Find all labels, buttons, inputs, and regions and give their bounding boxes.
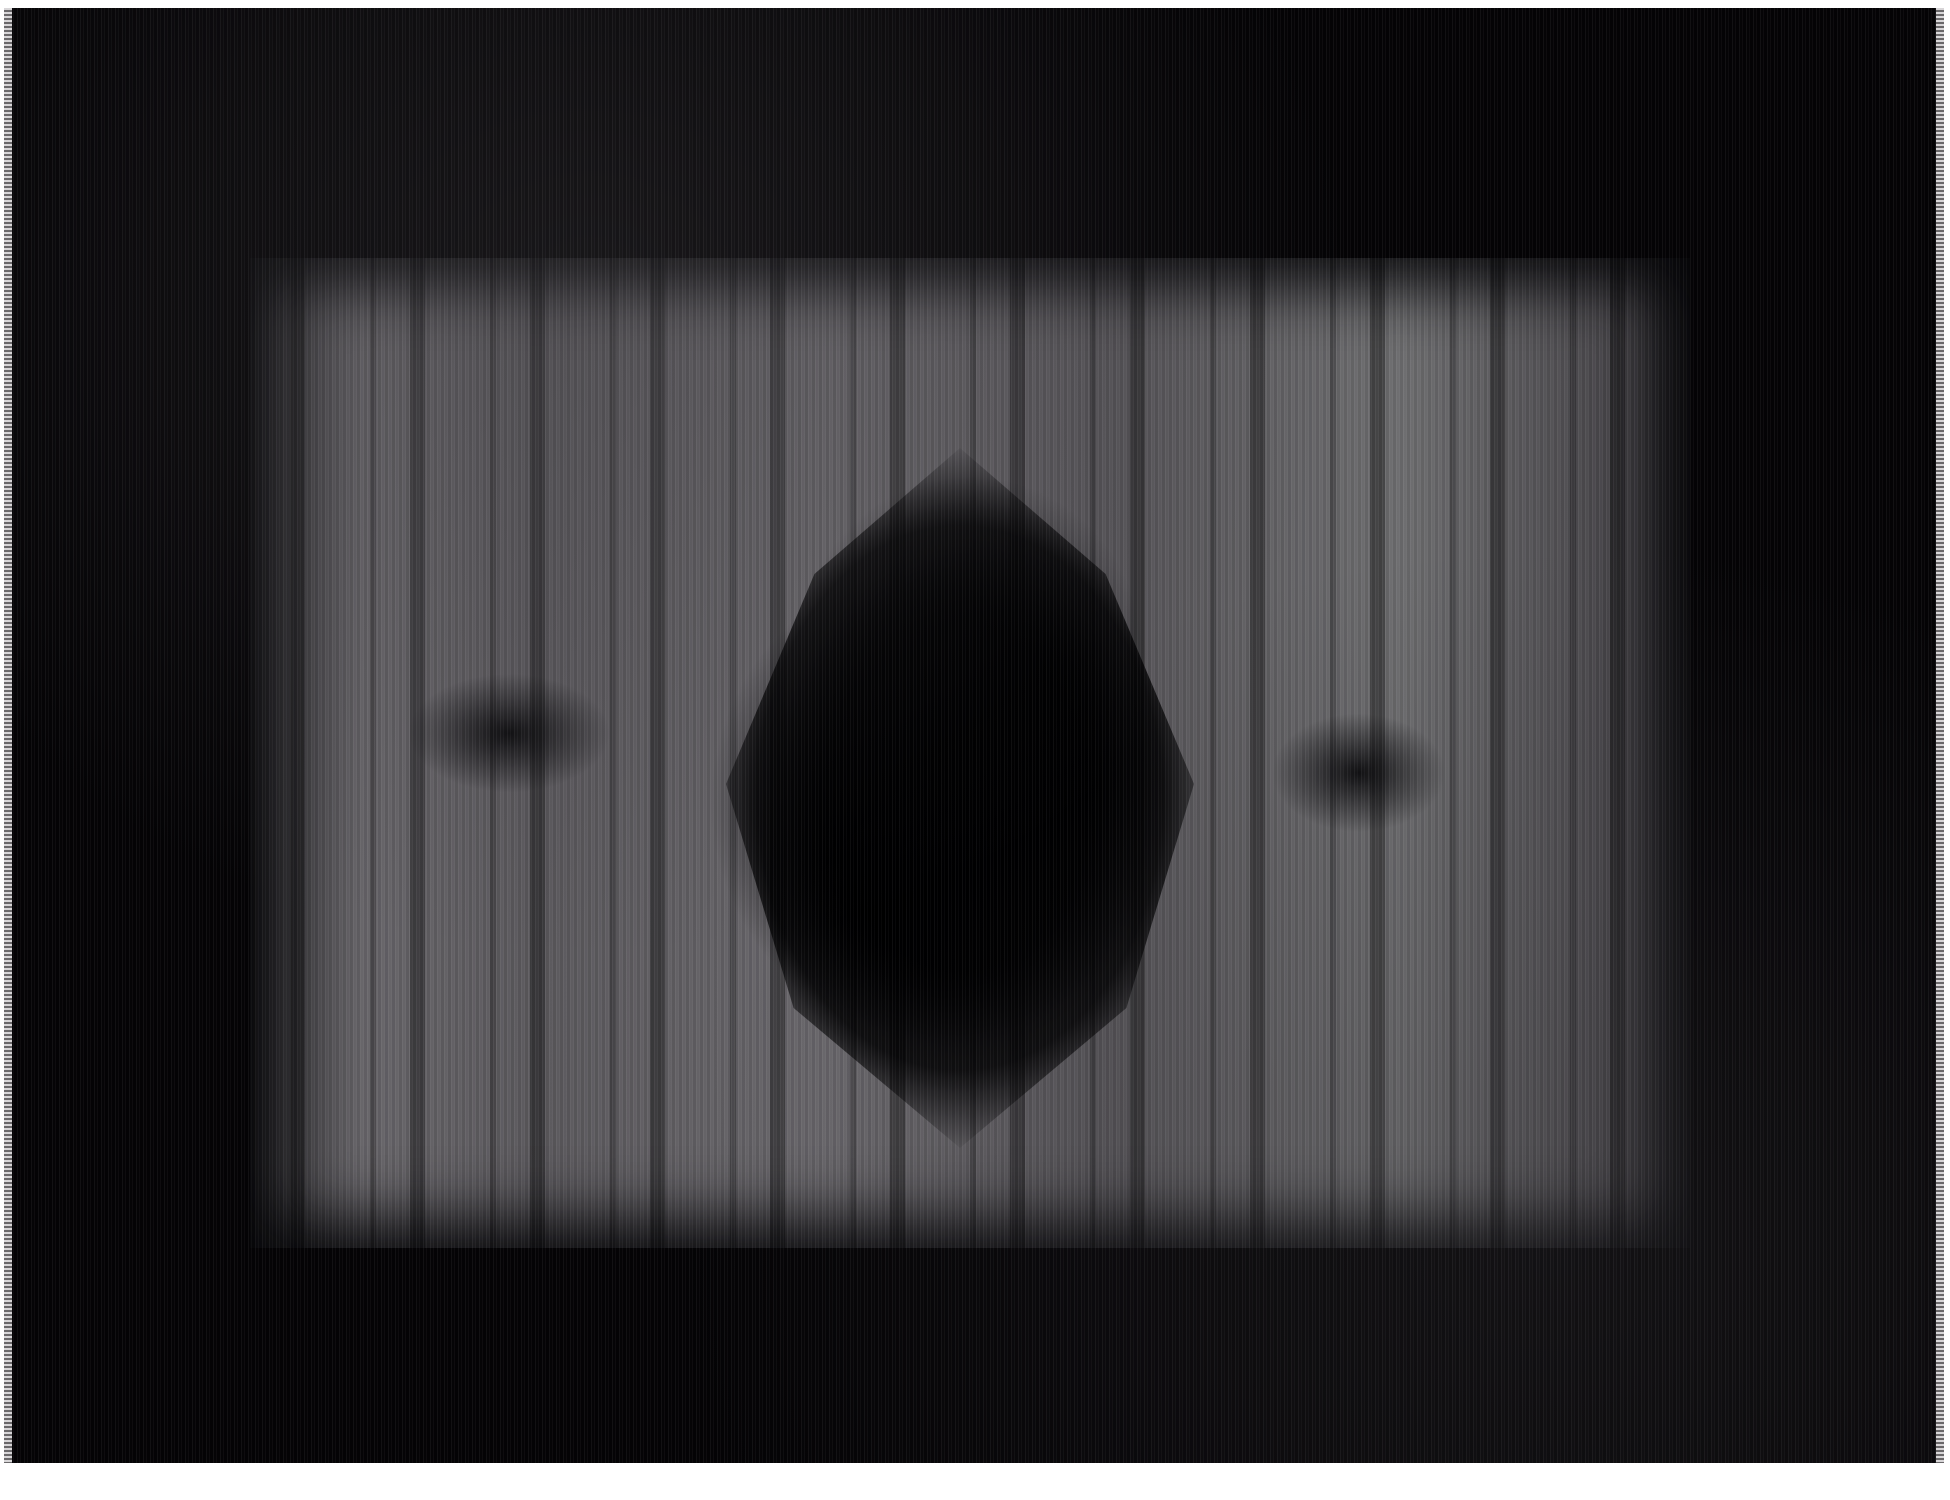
rug-edge-right [1936,8,1944,1463]
rug-photo [10,8,1938,1463]
rug-edge-left [4,8,12,1463]
